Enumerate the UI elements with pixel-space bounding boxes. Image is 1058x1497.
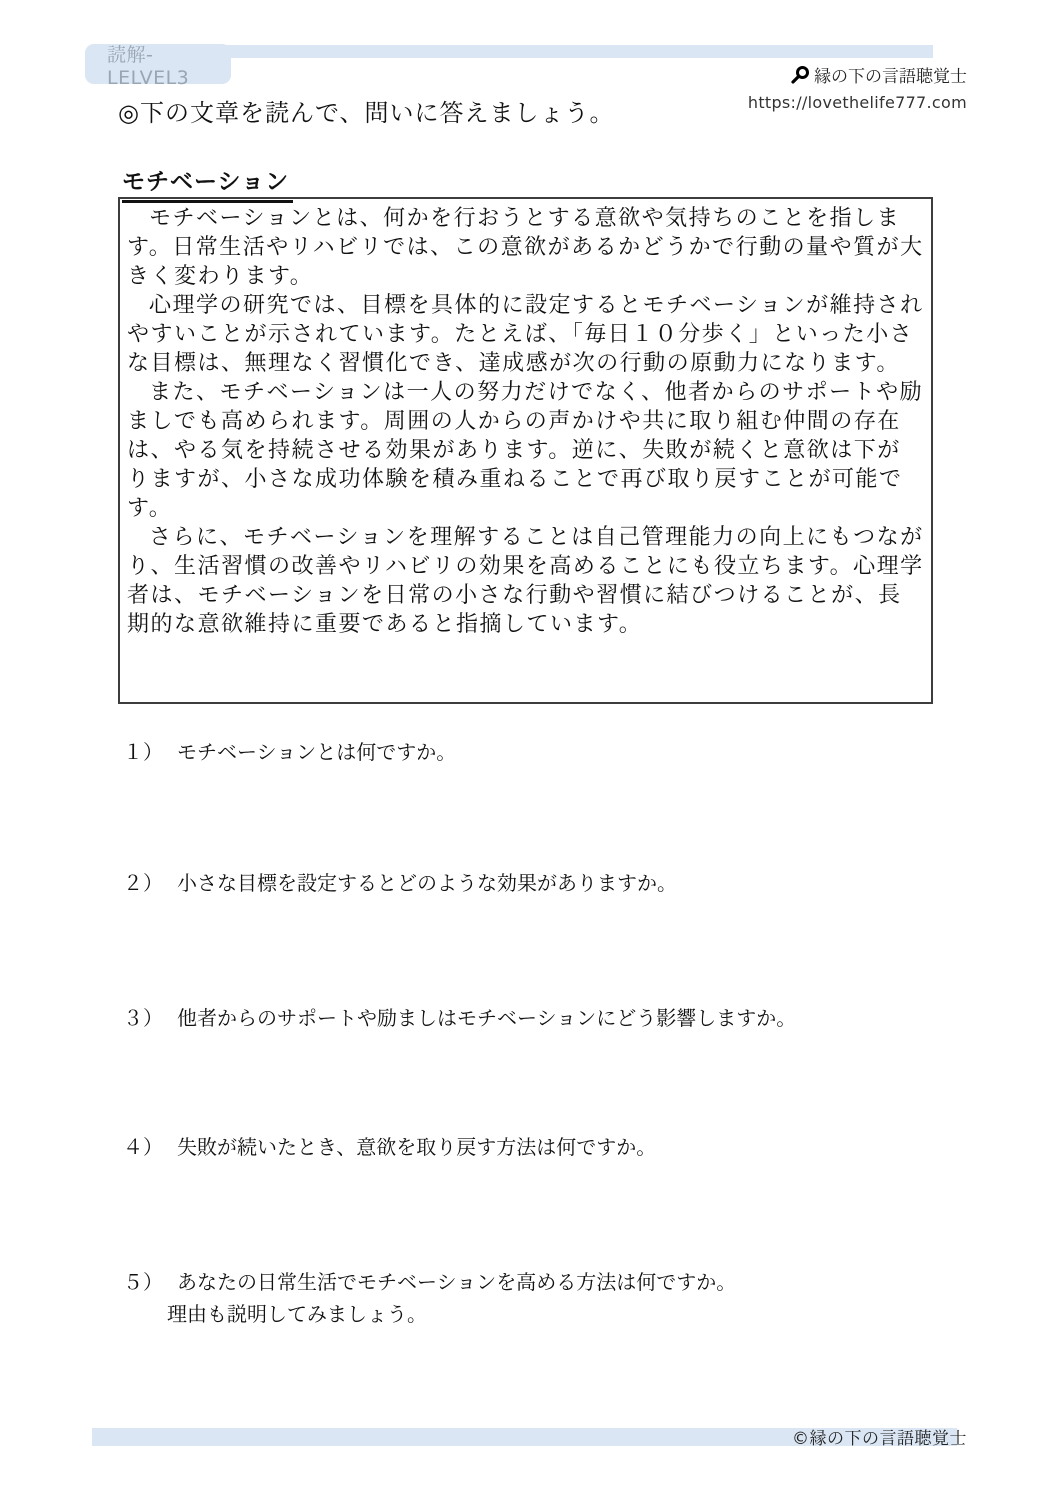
worksheet-page: 読解-LELVEL3 縁の下の言語聴覚士 https://lovethelife…: [0, 0, 1058, 1497]
author-name: 縁の下の言語聴覚士: [814, 62, 967, 87]
question-5-number: ５）: [123, 1266, 163, 1298]
question-5-text: あなたの日常生活でモチベーションを高める方法は何ですか。: [177, 1270, 736, 1294]
passage-paragraph-2: 心理学の研究では、目標を具体的に設定するとモチベーションが維持されやすいことが示…: [127, 291, 924, 378]
author-line: 縁の下の言語聴覚士: [748, 62, 967, 87]
site-credit: 縁の下の言語聴覚士 https://lovethelife777.com: [748, 62, 967, 112]
question-3-number: ３）: [123, 1002, 163, 1034]
question-1: １）モチベーションとは何ですか。: [123, 736, 953, 768]
question-4-text: 失敗が続いたとき、意欲を取り戻す方法は何ですか。: [177, 1135, 656, 1159]
question-5: ５）あなたの日常生活でモチベーションを高める方法は何ですか。 理由も説明してみま…: [123, 1266, 953, 1330]
question-5-line-1: ５）あなたの日常生活でモチベーションを高める方法は何ですか。: [123, 1266, 953, 1298]
question-3-text: 他者からのサポートや励ましはモチベーションにどう影響しますか。: [177, 1006, 796, 1030]
magnifying-glass-icon: [790, 65, 810, 85]
level-badge-label: 読解-LELVEL3: [107, 40, 231, 89]
passage-paragraph-1: モチベーションとは、何かを行おうとする意欲や気持ちのことを指します。日常生活やリ…: [127, 204, 924, 291]
question-3: ３）他者からのサポートや励ましはモチベーションにどう影響しますか。: [123, 1002, 953, 1034]
passage-paragraph-3: また、モチベーションは一人の努力だけでなく、他者からのサポートや励ましでも高めら…: [127, 378, 924, 523]
question-4-number: ４）: [123, 1131, 163, 1163]
passage-box: モチベーションとは、何かを行おうとする意欲や気持ちのことを指します。日常生活やリ…: [118, 197, 933, 704]
passage-paragraph-4: さらに、モチベーションを理解することは自己管理能力の向上にもつながり、生活習慣の…: [127, 523, 924, 639]
site-url[interactable]: https://lovethelife777.com: [748, 93, 967, 112]
copyright-text: ©縁の下の言語聴覚士: [92, 1424, 967, 1449]
question-1-text: モチベーションとは何ですか。: [177, 740, 456, 764]
question-1-number: １）: [123, 736, 163, 768]
question-4: ４）失敗が続いたとき、意欲を取り戻す方法は何ですか。: [123, 1131, 953, 1163]
question-5-line-2: 理由も説明してみましょう。: [167, 1298, 953, 1330]
page-title: ◎下の文章を読んで、問いに答えましょう。: [118, 93, 614, 128]
question-2-text: 小さな目標を設定するとどのような効果がありますか。: [177, 871, 677, 895]
question-2-number: ２）: [123, 867, 163, 899]
level-badge: 読解-LELVEL3: [85, 44, 231, 84]
question-2: ２）小さな目標を設定するとどのような効果がありますか。: [123, 867, 953, 899]
